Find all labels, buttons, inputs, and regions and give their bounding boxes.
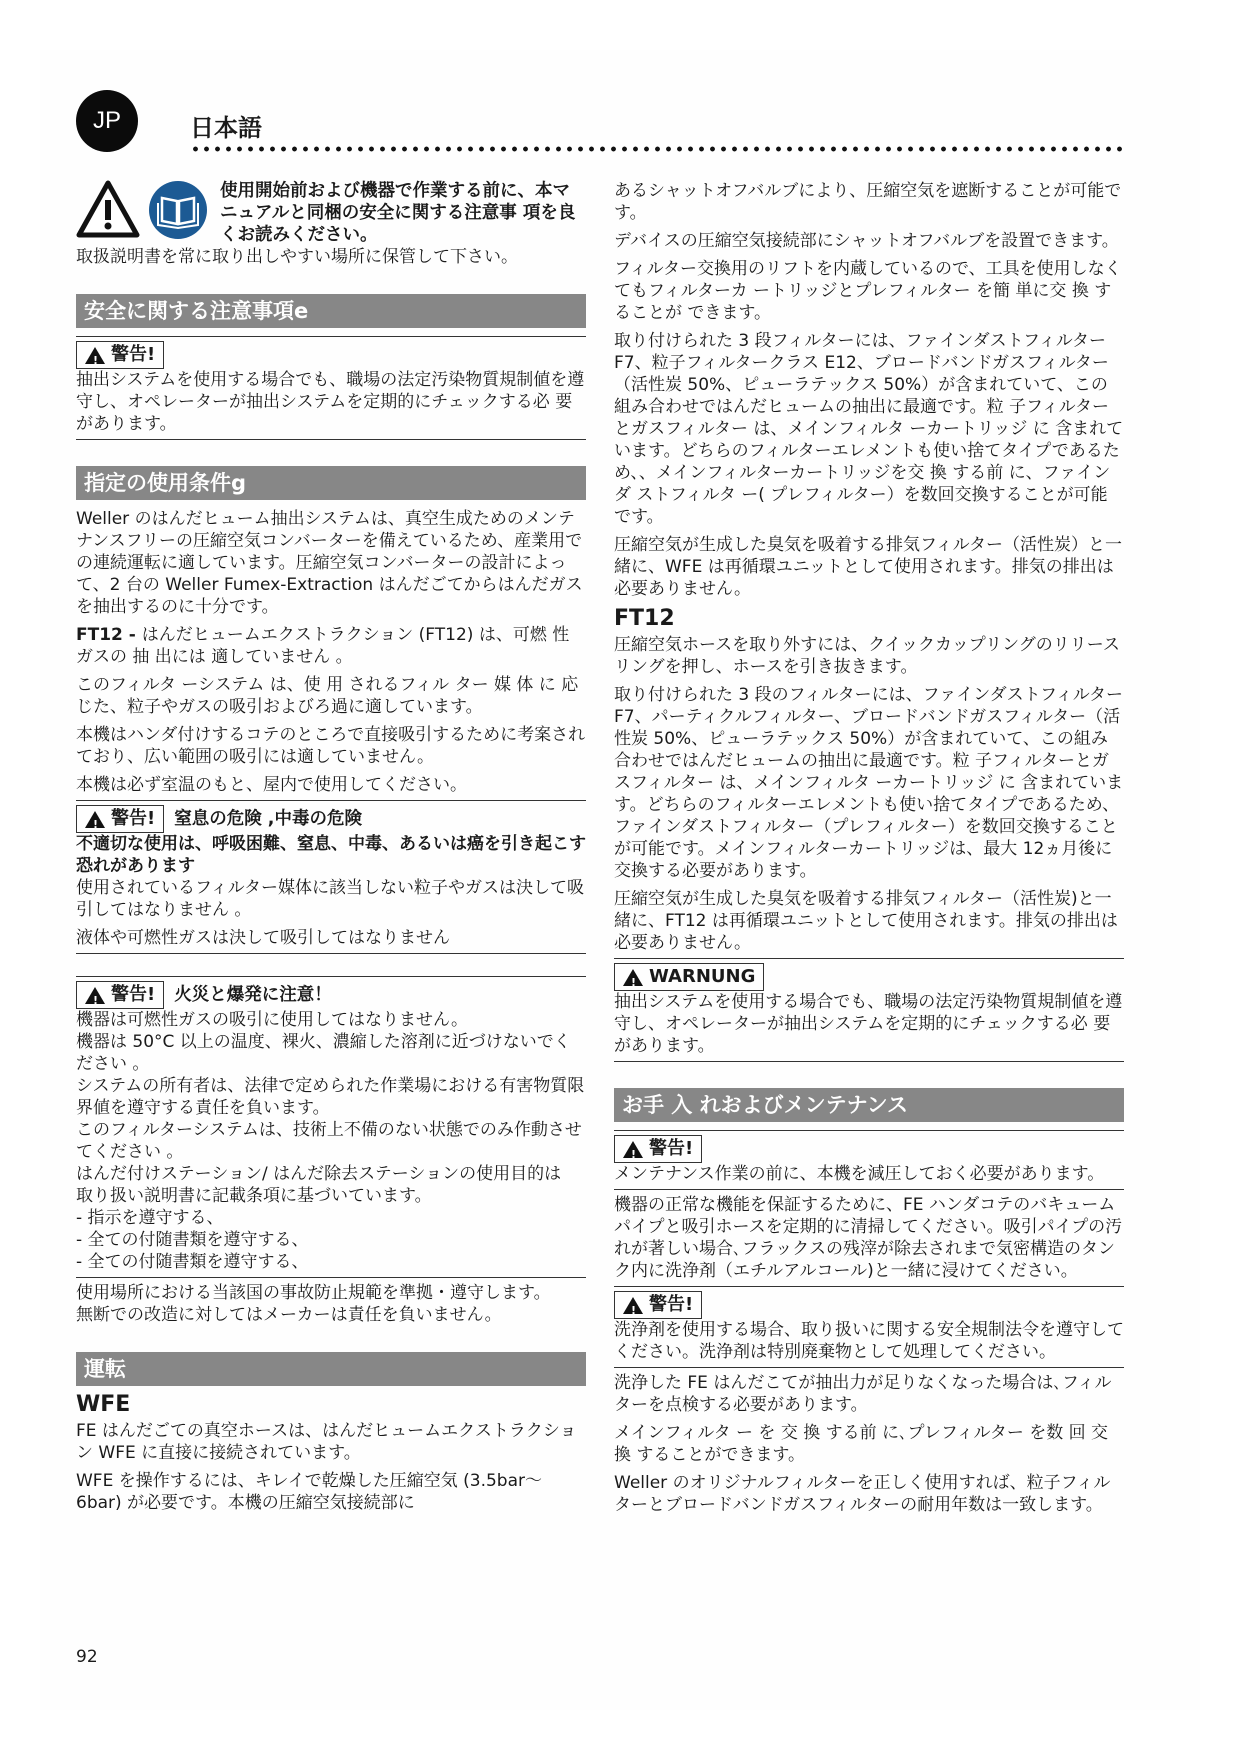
maintenance-warning1-text: メンテナンス作業の前に、本機を減圧しておく必要があります。: [614, 1163, 1124, 1185]
fire-warning-t5: はんだ付けステーション/ はんだ除去ステーションの使用目的は: [76, 1163, 586, 1185]
fire-warning-t3: システムの所有者は、法律で定められた作業場における有害物質限界値を遵守する責任を…: [76, 1075, 586, 1119]
fire-warning-t1: 機器は可燃性ガスの吸引に使用してはなりません。: [76, 1009, 586, 1031]
language-badge: JP: [76, 90, 138, 152]
warnung-text: 抽出システムを使用する場合でも、職場の法定汚染物質規制値を遵守し、オペレーターが…: [614, 991, 1124, 1057]
right-p4: 取り付けられた 3 段フィルターには、ファインダストフィルター F7、粒子フィル…: [614, 330, 1124, 528]
list-item: - 全ての付随書類を遵守する、: [76, 1251, 586, 1273]
divider: [76, 800, 586, 801]
fire-warning-t6: 取り扱い説明書に記載条項に基づいています。: [76, 1185, 586, 1207]
suffocation-warning-t2: 液体や可燃性ガスは決して吸引してはなりません: [76, 927, 586, 949]
suffocation-warning-title: 窒息の危険 ,中毒の危険: [174, 808, 362, 830]
warnung-label: WARNUNG: [614, 963, 764, 991]
intended-use-p1: Weller のはんだヒューム抽出システムは、真空生成ためのメンテナンスフリーの…: [76, 508, 586, 618]
warning-triangle-icon: [85, 347, 105, 364]
right-p3: フィルター交換用のリフトを内蔵しているので、工具を使用しなくてもフィルターカ ー…: [614, 258, 1124, 324]
fire-warning-t2: 機器は 50°C 以上の温度、裸火、濃縮した溶剤に近づけないでください 。: [76, 1031, 586, 1075]
warning-label-text: 警告!: [111, 984, 155, 1006]
right-p5: 圧縮空気が生成した臭気を吸着する排気フィルター（活性炭）と一緒に、WFE は再循…: [614, 534, 1124, 600]
warning-triangle-icon: [85, 987, 105, 1004]
divider: [614, 1286, 1124, 1287]
right-p7: 取り付けられた 3 段のフィルターには、ファインダストフィルター F7、パーティ…: [614, 684, 1124, 882]
maintenance-warning2-text: 洗浄剤を使用する場合、取り扱いに関する安全規制法令を遵守してください。洗浄剤は特…: [614, 1319, 1124, 1363]
divider: [76, 953, 586, 954]
ft12-text: はんだヒュームエクストラクション (FT12) は、可燃 性 ガスの 抽 出には…: [76, 625, 569, 667]
warning-label-text: 警告!: [111, 808, 155, 830]
divider: [614, 1061, 1124, 1062]
left-column: 使用開始前および機器で作業する前に、本マニュアルと同梱の安全に関する注意事 項を…: [76, 180, 586, 1514]
fire-warning-t7: 使用場所における当該国の事故防止規範を準拠・遵守します。: [76, 1282, 586, 1304]
safety-warning-text: 抽出システムを使用する場合でも、職場の法定汚染物質規制値を遵守し、オペレーターが…: [76, 369, 586, 435]
section-operation-title: 運転: [76, 1352, 586, 1386]
maintenance-p2: 洗浄した FE はんだこてが抽出力が足りなくなった場合は､フィルターを点検する必…: [614, 1372, 1124, 1416]
warning-label-text: 警告!: [649, 1294, 693, 1316]
maintenance-p4: Weller のオリジナルフィルターを正しく使用すれば、粒子フィルターとブロード…: [614, 1472, 1124, 1516]
dotted-divider: [190, 146, 1125, 152]
divider: [614, 1189, 1124, 1190]
right-p6: 圧縮空気ホースを取り外すには、クイックカップリングのリリースリングを押し、ホース…: [614, 634, 1124, 678]
list-item: - 指示を遵守する、: [76, 1207, 586, 1229]
divider: [614, 958, 1124, 959]
maintenance-p1: 機器の正常な機能を保証するために、FE ハンダコテのバキュームパイプと吸引ホース…: [614, 1194, 1124, 1282]
intro-notice: 使用開始前および機器で作業する前に、本マニュアルと同梱の安全に関する注意事 項を…: [76, 180, 586, 246]
ft12-label: FT12 -: [76, 625, 142, 645]
warning-label: 警告!: [614, 1291, 702, 1319]
fire-warning-t8: 無断での改造に対してはメーカーは責任を負いません。: [76, 1304, 586, 1326]
ft12-heading: FT12: [614, 608, 1124, 630]
page-number: 92: [76, 1647, 98, 1667]
warning-label-text: 警告!: [111, 344, 155, 366]
fire-warning-title: 火災と爆発に注意！: [174, 984, 332, 1006]
warning-label: 警告!: [76, 981, 164, 1009]
divider: [76, 976, 586, 977]
intended-use-p4: 本機はハンダ付けするコテのところで直接吸引するために考案されており、広い範囲の吸…: [76, 724, 586, 768]
section-maintenance-title: お手 入 れおよびメンテナンス: [614, 1088, 1124, 1122]
intended-use-p3: このフィルタ ーシステム は、使 用 されるフィル ター 媒 体 に 応じた、粒…: [76, 674, 586, 718]
divider: [76, 336, 586, 337]
suffocation-warning-bold: 不適切な使用は、呼吸困難、窒息、中毒、あるいは癌を引き起こす恐れがあります: [76, 833, 586, 877]
intended-use-p2: FT12 - はんだヒュームエクストラクション (FT12) は、可燃 性 ガス…: [76, 624, 586, 668]
wfe-heading: WFE: [76, 1394, 586, 1416]
language-title: 日本語: [190, 108, 262, 143]
list-item: - 全ての付随書類を遵守する、: [76, 1229, 586, 1251]
read-manual-icon: [148, 180, 208, 240]
divider: [76, 1277, 586, 1278]
warning-label: 警告!: [76, 805, 164, 833]
section-intended-use-title: 指定の使用条件g: [76, 466, 586, 500]
right-p2: デバイスの圧縮空気接続部にシャットオフバルブを設置できます。: [614, 230, 1124, 252]
warning-label: 警告!: [614, 1135, 702, 1163]
operation-p2: WFE を操作するには、キレイで乾燥した圧縮空気 (3.5bar～6bar) が…: [76, 1470, 586, 1514]
warning-label: 警告!: [76, 341, 164, 369]
maintenance-p3: メインフィルタ ー を 交 換 する前 に､プレフィルター を数 回 交 換 す…: [614, 1422, 1124, 1466]
divider: [614, 1367, 1124, 1368]
read-manual-notice: 使用開始前および機器で作業する前に、本マニュアルと同梱の安全に関する注意事 項を…: [220, 180, 586, 246]
warning-label-text: 警告!: [649, 1138, 693, 1160]
warning-triangle-icon: [623, 1297, 643, 1314]
language-badge-label: JP: [93, 107, 121, 135]
warning-triangle-icon: [623, 1141, 643, 1158]
warning-triangle-icon: [76, 180, 140, 238]
fire-warning-t4: このフィルターシステムは、技術上不備のない状態でのみ作動させてください 。: [76, 1119, 586, 1163]
right-p1: あるシャットオフバルブにより、圧縮空気を遮断することが可能です。: [614, 180, 1124, 224]
right-column: あるシャットオフバルブにより、圧縮空気を遮断することが可能です。 デバイスの圧縮…: [614, 180, 1124, 1522]
right-p8: 圧縮空気が生成した臭気を吸着する排気フィルター（活性炭)と一緒に、FT12 は再…: [614, 888, 1124, 954]
suffocation-warning-t1: 使用されているフィルター媒体に該当しない粒子やガスは決して吸 引してはなりません…: [76, 877, 586, 921]
intended-use-p5: 本機は必ず室温のもと、屋内で使用してください。: [76, 774, 586, 796]
warning-triangle-icon: [623, 969, 643, 986]
divider: [76, 439, 586, 440]
keep-manual-text: 取扱説明書を常に取り出しやすい場所に保管して下さい。: [76, 246, 586, 268]
warning-label-text: WARNUNG: [649, 966, 755, 988]
section-safety-title: 安全に関する注意事項e: [76, 294, 586, 328]
warning-triangle-icon: [85, 811, 105, 828]
operation-p1: FE はんだごての真空ホースは、はんだヒュームエクストラクション WFE に直接…: [76, 1420, 586, 1464]
divider: [614, 1130, 1124, 1131]
